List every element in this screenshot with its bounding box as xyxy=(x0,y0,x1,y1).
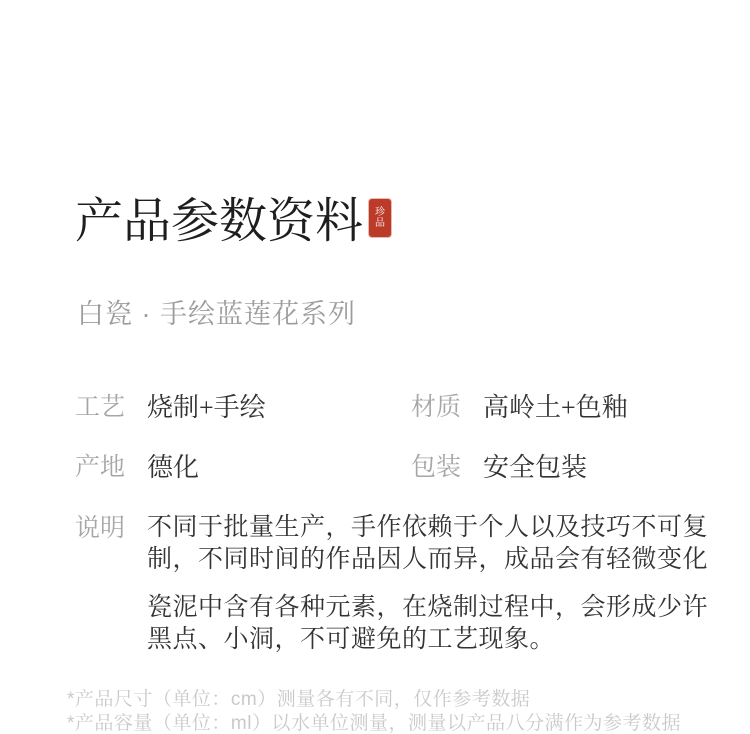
spec-value: 德化 xyxy=(147,452,199,484)
description-line: 黑点、小洞，不可避免的工艺现象。 xyxy=(147,624,707,656)
spec-material: 材质 高岭土+色釉 xyxy=(411,392,628,424)
description-line: 制，不同时间的作品因人而异，成品会有轻微变化 xyxy=(147,544,707,576)
spec-value: 安全包装 xyxy=(483,452,587,484)
description-paragraph: 不同于批量生产，手作依赖于个人以及技巧不可复 制，不同时间的作品因人而异，成品会… xyxy=(147,512,707,576)
spec-origin: 产地 德化 xyxy=(75,452,199,484)
series-subtitle: 白瓷 · 手绘蓝莲花系列 xyxy=(77,298,356,330)
description-line: 瓷泥中含有各种元素，在烧制过程中，会形成少许 xyxy=(147,592,707,624)
footnote-capacity: *产品容量（单位：ml）以水单位测量，测量以产品八分满作为参考数据 xyxy=(67,712,681,734)
spec-label: 材质 xyxy=(411,392,483,424)
spec-packaging: 包装 安全包装 xyxy=(411,452,587,484)
product-parameters-section: 产品参数资料 珍品 白瓷 · 手绘蓝莲花系列 工艺 烧制+手绘 材质 高岭土+色… xyxy=(0,0,750,734)
spec-value: 烧制+手绘 xyxy=(147,392,266,424)
red-seal-stamp-icon: 珍品 xyxy=(369,199,391,237)
spec-label: 工艺 xyxy=(75,392,147,424)
spec-craft: 工艺 烧制+手绘 xyxy=(75,392,266,424)
spec-label: 产地 xyxy=(75,452,147,484)
section-title: 产品参数资料 xyxy=(75,194,363,250)
description-paragraph: 瓷泥中含有各种元素，在烧制过程中，会形成少许 黑点、小洞，不可避免的工艺现象。 xyxy=(147,592,707,656)
description-label: 说明 xyxy=(75,513,125,545)
description-body: 不同于批量生产，手作依赖于个人以及技巧不可复 制，不同时间的作品因人而异，成品会… xyxy=(147,512,707,672)
spec-label: 包装 xyxy=(411,452,483,484)
spec-value: 高岭土+色釉 xyxy=(483,392,628,424)
footnote-size: *产品尺寸（单位：cm）测量各有不同，仅作参考数据 xyxy=(67,688,681,712)
seal-text: 珍品 xyxy=(374,207,386,229)
footnotes: *产品尺寸（单位：cm）测量各有不同，仅作参考数据 *产品容量（单位：ml）以水… xyxy=(67,688,681,734)
description-line: 不同于批量生产，手作依赖于个人以及技巧不可复 xyxy=(147,512,707,544)
